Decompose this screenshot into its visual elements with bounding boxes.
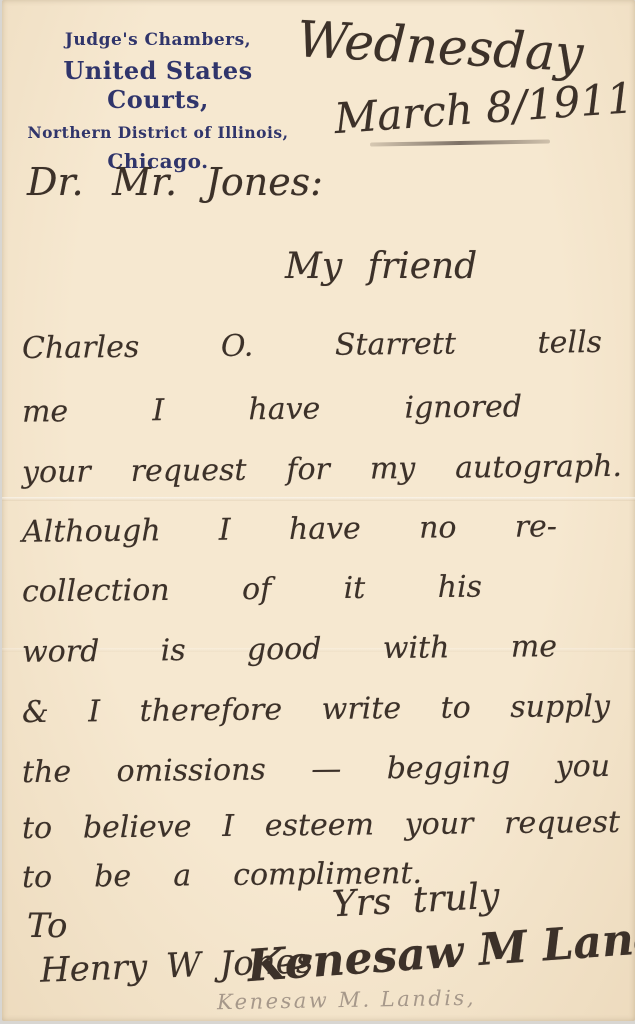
body-line: me I have ignored (22, 389, 522, 429)
pencil-annotation: Kenesaw M. Landis, (217, 986, 476, 1015)
body-line: & I therefore write to supply (22, 689, 610, 730)
closing: Yrs truly (331, 876, 501, 926)
date-full: March 8/1911 (333, 74, 626, 143)
letterhead-line-2: United States Courts, (24, 56, 292, 114)
body-line: word is good with me (22, 629, 557, 670)
date-day: Wednesday (296, 10, 599, 84)
addressee-to: To (27, 906, 68, 946)
letterhead-line-1: Judge's Chambers, (24, 30, 292, 50)
letter-paper: Judge's Chambers, United States Courts, … (2, 0, 635, 1021)
salutation: Dr. Mr. Jones: (27, 160, 323, 204)
letter-photo: Judge's Chambers, United States Courts, … (0, 0, 635, 1024)
letterhead-line-3: Northern District of Illinois, (24, 123, 292, 142)
body-line: to believe I esteem your request (22, 805, 620, 846)
fold-crease (2, 497, 635, 501)
signature: Kenesaw M Landis (246, 915, 627, 992)
body-opening: My friend (285, 246, 477, 287)
date-underline (370, 139, 550, 146)
body-line: Charles O. Starrett tells (22, 325, 602, 366)
body-line: your request for my autograph. (22, 449, 622, 490)
body-line: the omissions — begging you (22, 749, 610, 790)
body-line: collection of it his (22, 570, 482, 610)
body-line: Although I have no re- (22, 509, 557, 550)
letterhead: Judge's Chambers, United States Courts, … (24, 30, 292, 173)
